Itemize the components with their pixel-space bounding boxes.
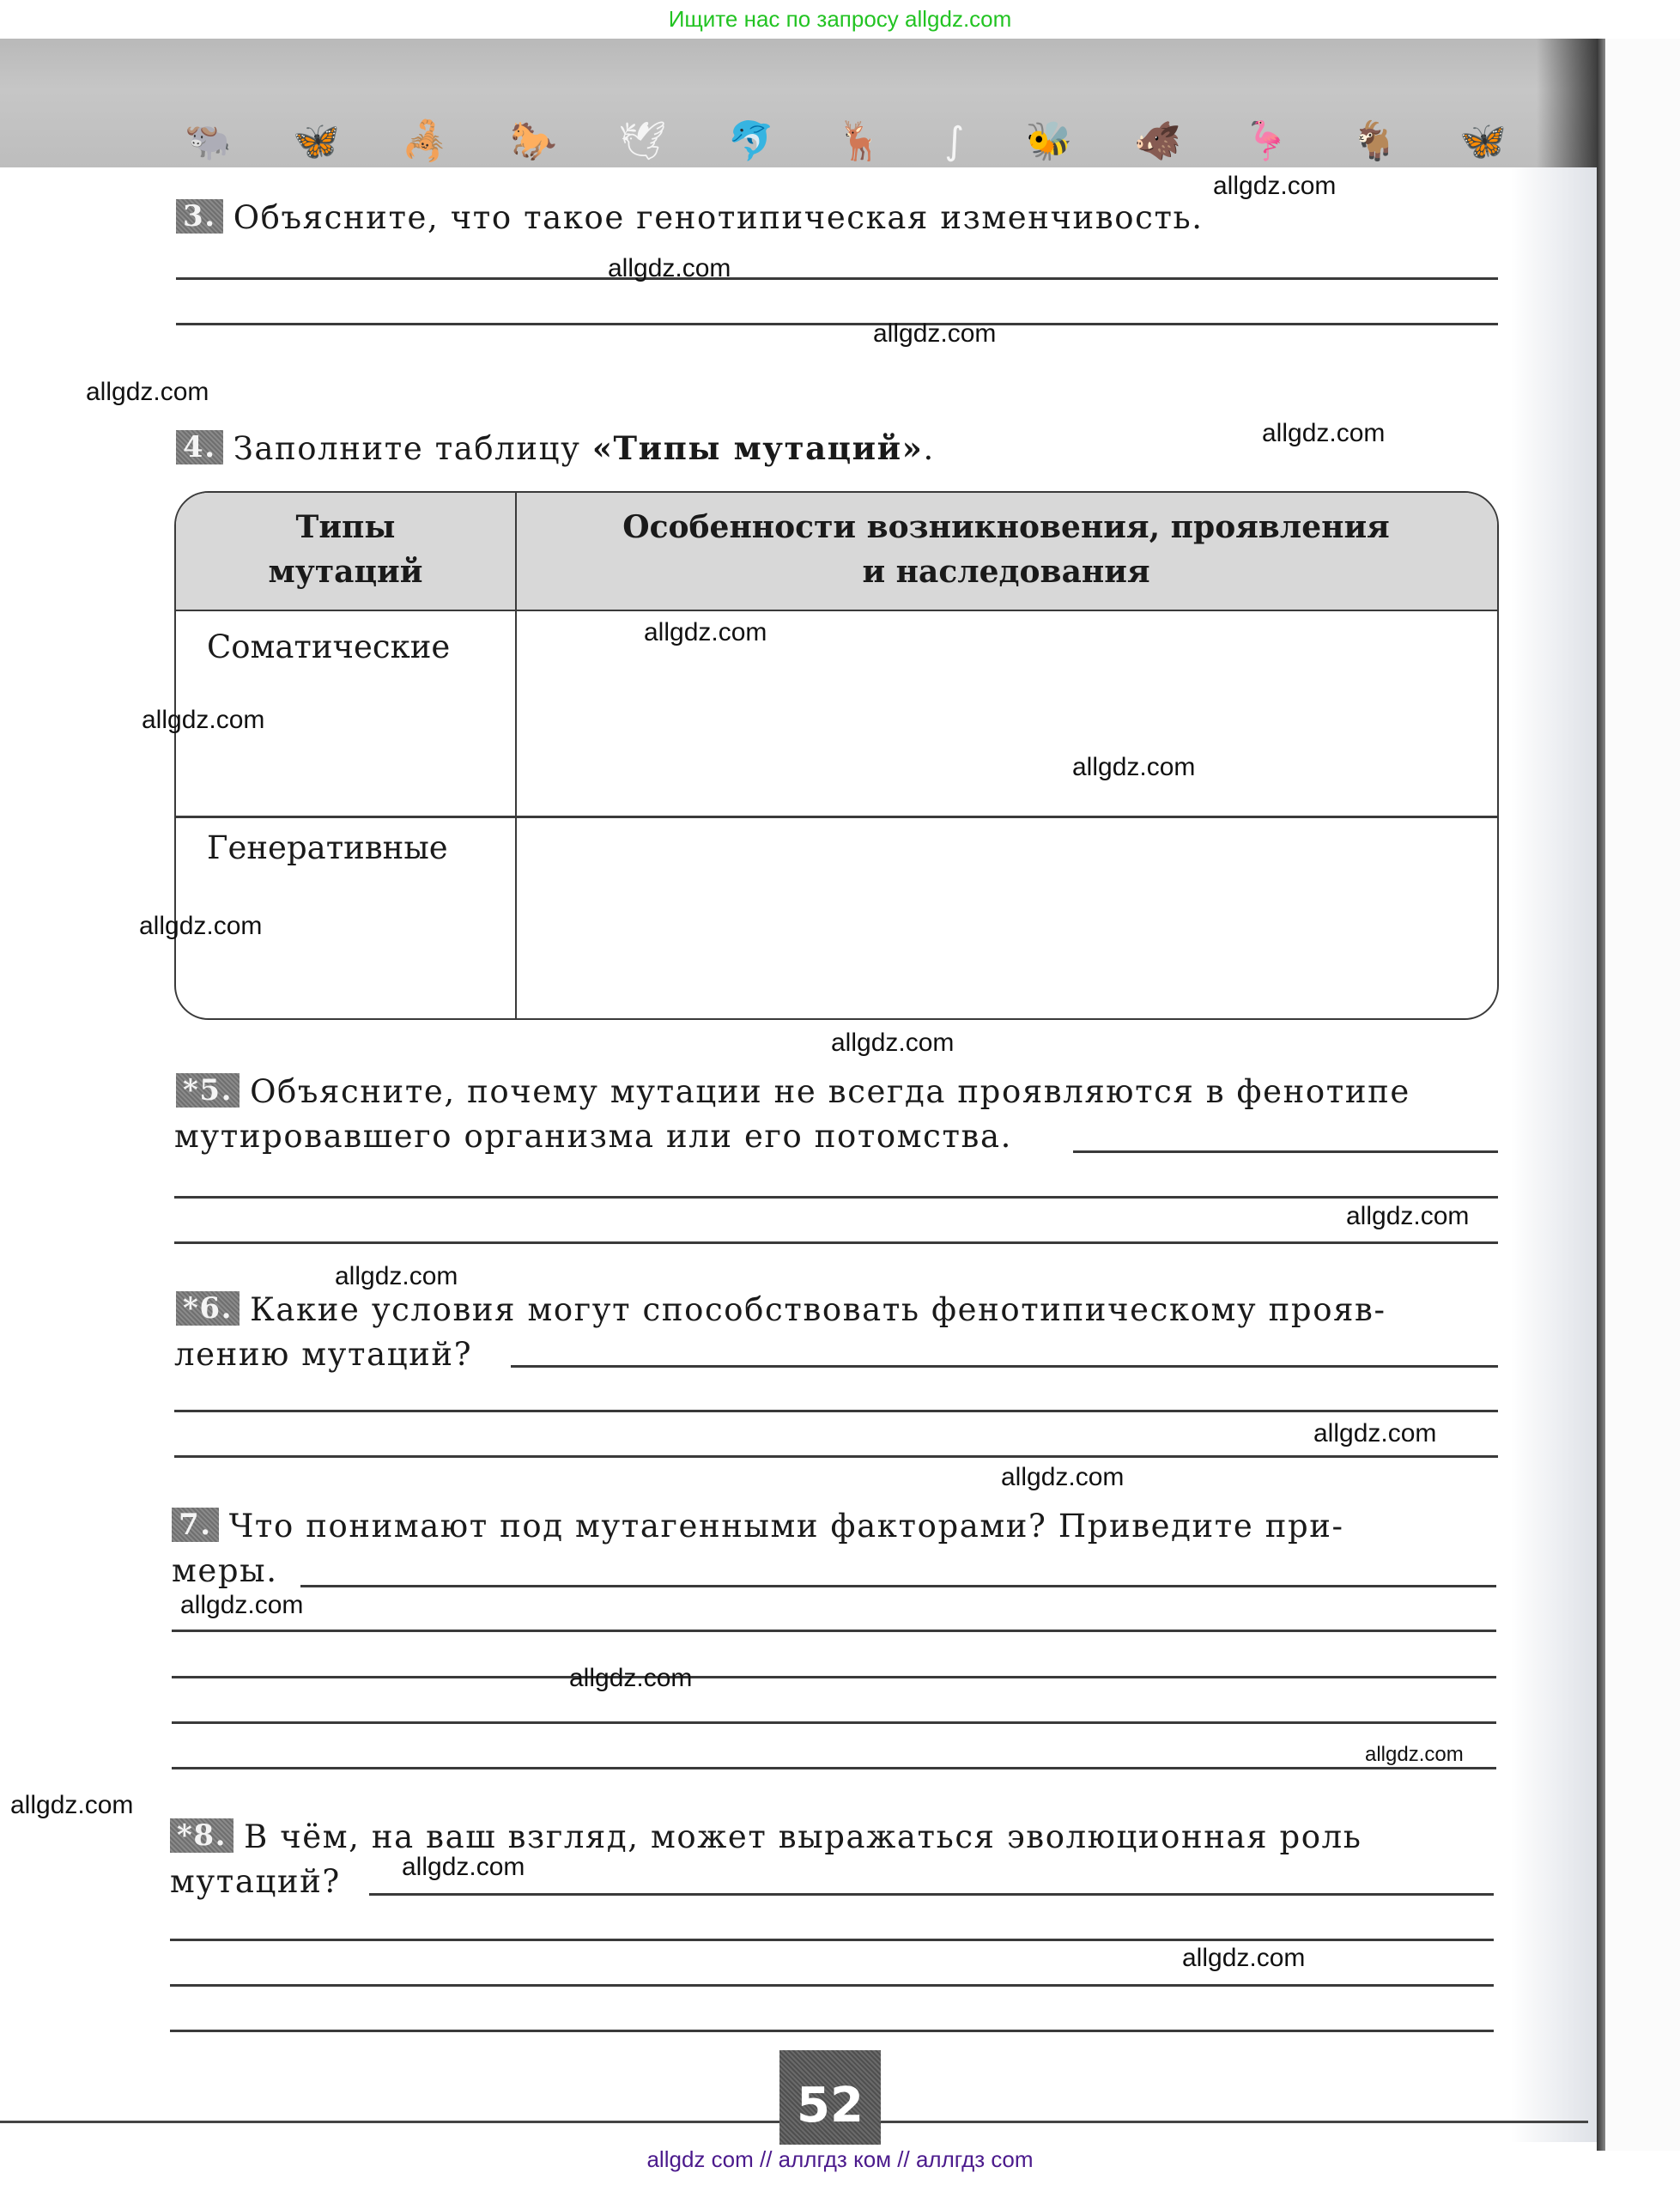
scorpion-icon: 🦂 (402, 120, 449, 163)
watermark: allgdz.com (644, 618, 767, 647)
watermark: allgdz.com (1072, 753, 1195, 782)
page-number: 52 (779, 2050, 881, 2145)
watermark: allgdz.com (608, 254, 731, 283)
answer-line[interactable] (172, 1630, 1496, 1632)
watermark: allgdz.com (86, 378, 209, 407)
answer-line[interactable] (170, 2030, 1494, 2032)
task-text: Объясните, почему мутации не всегда проя… (250, 1073, 1410, 1110)
task-3: 3.Объясните, что такое генотипическая из… (176, 196, 1498, 240)
task-text: Заполните таблицу (234, 430, 592, 467)
antelope-icon: 🐐 (1351, 120, 1398, 163)
task-number: *8. (170, 1818, 234, 1853)
row-somatic-type: Соматические (207, 628, 450, 665)
task-number: *6. (176, 1291, 240, 1326)
task-6-line-2: лению мутаций? (174, 1332, 1496, 1377)
top-banner: Ищите нас по запросу allgdz.com (0, 0, 1680, 39)
answer-line[interactable] (174, 1196, 1498, 1199)
answer-line[interactable] (511, 1365, 1498, 1368)
task-text: Какие условия могут способствовать фенот… (250, 1291, 1386, 1328)
task-text: В чём, на ваш взгляд, может выражаться э… (244, 1818, 1362, 1855)
animal-strip: 🐃 🦋 🦂 🐎 🕊 🐬 🦌 ∫ 🐝 🐗 🦩 🐐 🦋 (185, 112, 1507, 163)
watermark: allgdz.com (142, 706, 264, 735)
task-number: 7. (172, 1508, 219, 1542)
task-8-line-2: мутаций? (170, 1860, 1492, 1904)
task-text: меры. (172, 1552, 278, 1589)
heron-icon: 🦩 (1242, 120, 1289, 163)
task-text-suffix: . (923, 430, 934, 467)
answer-line[interactable] (170, 1939, 1494, 1941)
boar-icon: 🐗 (1134, 120, 1181, 163)
answer-line[interactable] (174, 1410, 1498, 1412)
task-text: мутаций? (170, 1863, 341, 1900)
horse-icon: 🐎 (510, 120, 557, 163)
footer-watermark: allgdz com // аллгдз ком // аллгдз com (0, 2146, 1680, 2173)
bison-icon: 🐃 (185, 120, 232, 163)
book-spine (1597, 39, 1605, 2151)
answer-line[interactable] (170, 1984, 1494, 1987)
mutation-types-table: Типы мутаций Особенности возникновения, … (174, 491, 1499, 1020)
table-title: «Типы мутаций» (592, 429, 924, 467)
watermark: allgdz.com (139, 912, 262, 941)
watermark: allgdz.com (831, 1029, 954, 1058)
row-generative-answer-cell[interactable] (517, 819, 1495, 1020)
answer-line[interactable] (300, 1585, 1496, 1587)
watermark: allgdz.com (569, 1664, 692, 1693)
deer-icon: 🦌 (836, 120, 883, 163)
task-text: лению мутаций? (174, 1336, 472, 1373)
row-divider (176, 816, 1497, 818)
header-line: Типы (176, 505, 515, 549)
answer-line[interactable] (176, 323, 1498, 325)
watermark: allgdz.com (335, 1262, 458, 1291)
answer-line[interactable] (172, 1721, 1496, 1724)
row-generative-type: Генеративные (207, 829, 448, 866)
watermark: allgdz.com (1313, 1419, 1436, 1448)
dolphin-icon: 🐬 (728, 120, 775, 163)
watermark: allgdz.com (1182, 1944, 1305, 1973)
answer-line[interactable] (369, 1893, 1494, 1896)
answer-line[interactable] (176, 277, 1498, 280)
task-number: 3. (176, 199, 223, 234)
task-8: *8.В чём, на ваш взгляд, может выражатьс… (170, 1815, 1492, 1860)
header-line: Особенности возникновения, проявления (517, 505, 1495, 549)
watermark: allgdz.com (1262, 419, 1385, 448)
watermark: allgdz.com (873, 319, 996, 349)
watermark: allgdz.com (10, 1791, 133, 1820)
header-mutation-type: Типы мутаций (176, 505, 515, 594)
watermark: allgdz.com (1001, 1463, 1124, 1492)
right-page (1605, 39, 1680, 2151)
header-line: мутаций (176, 549, 515, 594)
task-text: Объясните, что такое генотипическая изме… (234, 199, 1204, 236)
bird-icon: 🕊 (618, 120, 666, 163)
task-6: *6.Какие условия могут способствовать фе… (176, 1288, 1498, 1332)
answer-line[interactable] (172, 1676, 1496, 1678)
task-text: мутировавшего организма или его потомств… (174, 1118, 1012, 1155)
butterfly-icon: 🦋 (293, 120, 340, 163)
page-curve-shade (1511, 167, 1597, 2142)
answer-line[interactable] (174, 1241, 1498, 1244)
watermark: allgdz.com (1213, 172, 1336, 201)
task-7: 7.Что понимают под мутагенными факторами… (172, 1504, 1494, 1549)
answer-line[interactable] (1073, 1150, 1498, 1153)
watermark: allgdz.com (1346, 1202, 1469, 1231)
task-text: Что понимают под мутагенными факторами? … (229, 1508, 1344, 1545)
watermark: allgdz.com (402, 1853, 525, 1882)
watermark: allgdz.com (1365, 1743, 1464, 1767)
header-features: Особенности возникновения, проявления и … (517, 505, 1495, 594)
butterfly-icon: 🦋 (1459, 120, 1507, 163)
answer-line[interactable] (172, 1767, 1496, 1769)
seahorse-icon: ∫ (944, 120, 964, 163)
insect-icon: 🐝 (1026, 120, 1073, 163)
header-line: и наследования (517, 549, 1495, 594)
answer-line[interactable] (174, 1455, 1498, 1458)
watermark: allgdz.com (180, 1591, 303, 1620)
task-number: *5. (176, 1073, 240, 1108)
task-5: *5.Объясните, почему мутации не всегда п… (176, 1070, 1498, 1114)
task-number: 4. (176, 430, 223, 464)
